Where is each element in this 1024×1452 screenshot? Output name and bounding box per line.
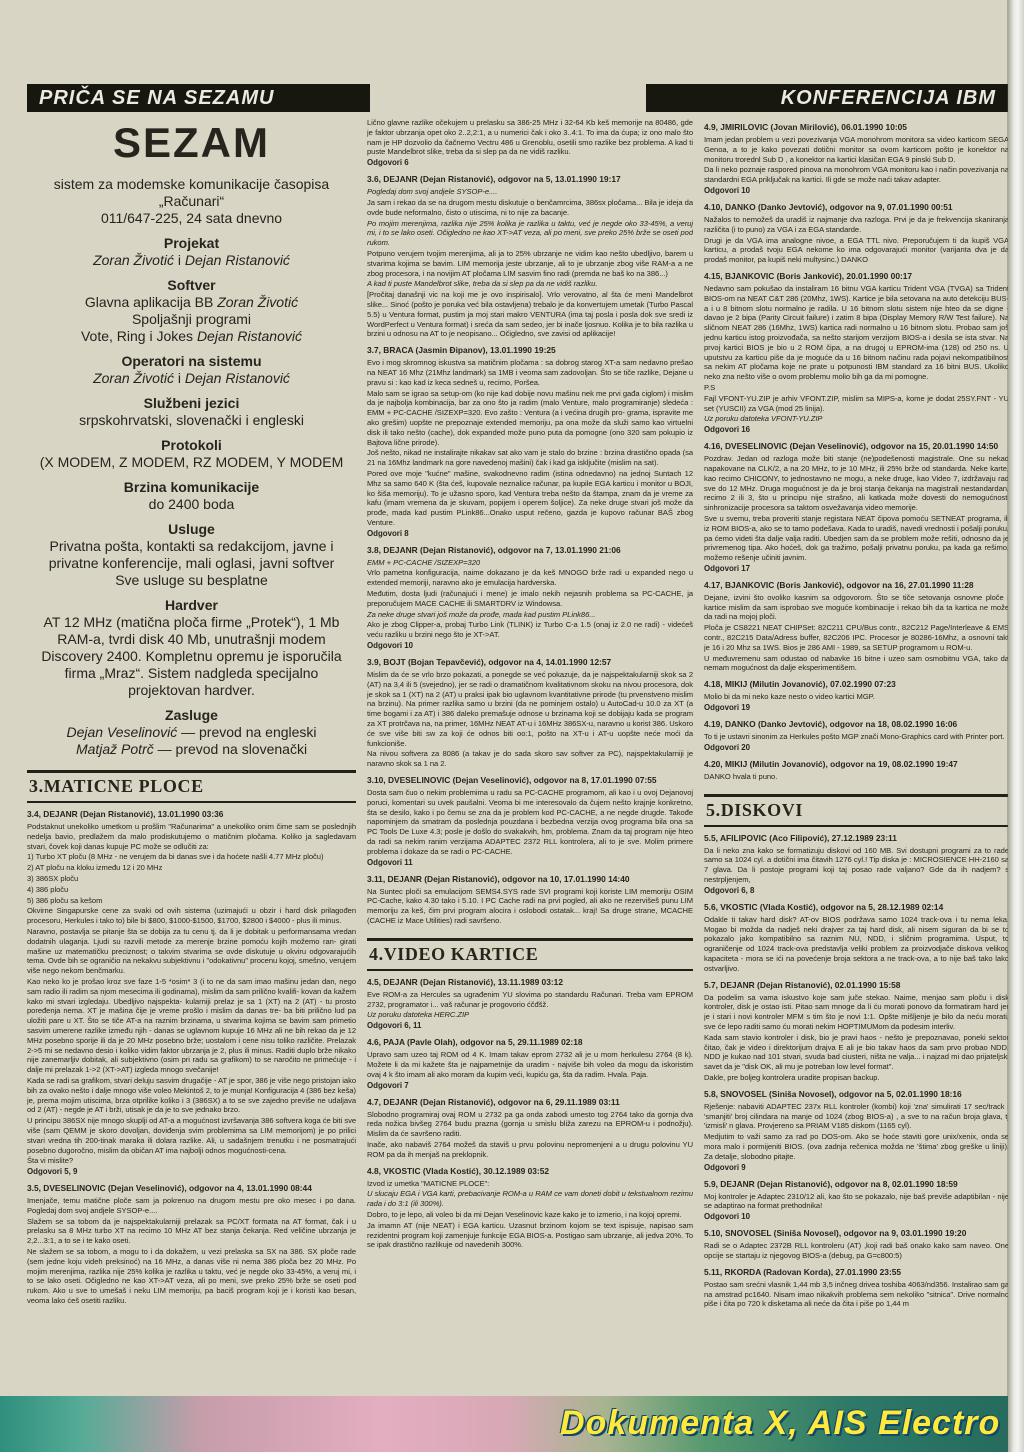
post-paragraph: Ploča je CS8221 NEAT CHIPSet: 82C211 CPU… [704, 623, 1009, 652]
post-paragraph: Nažalos to nemožeš da uradiš iz najmanje… [704, 215, 1009, 235]
post-paragraph: Molio bi da mi neko kaze nesto o video k… [704, 692, 1009, 702]
post-paragraph: Dobro, to je lepo, ali voleo bi da mi De… [367, 1210, 693, 1220]
post-header: 3.4, DEJANR (Dejan Ristanović), 13.01.19… [27, 809, 356, 820]
post-paragraph: Mislim da će se vrlo brzo pokazati, a po… [367, 670, 693, 748]
post-header: 4.6, PAJA (Pavle Olah), odgovor na 5, 29… [367, 1037, 693, 1048]
post-paragraph: [Pročitaj današnji vic na koji me je ovo… [367, 290, 693, 339]
post-paragraph: Eve ROM-a za Hercules sa ugrađenim YU sl… [367, 990, 693, 1010]
post: Lično glavne razlike očekujem u prelasku… [367, 118, 693, 168]
sezam-text-segment: — prevod na slovenački [154, 741, 307, 757]
post-header: 5.11, RKORDA (Radovan Korda), 27.01.1990… [704, 1267, 1009, 1278]
post-header: 4.9, JMIRILOVIC (Jovan Mirilović), 06.01… [704, 122, 1009, 133]
sezam-text-segment: srpskohrvatski, slovenački i engleski [79, 412, 304, 428]
sezam-masthead: SEZAM sistem za modemske komunikacije ča… [27, 118, 356, 758]
post-paragraph: Pogledaj dom svoj andjele SYSOP-e.... [367, 187, 693, 197]
sezam-text-segment: Usluge [168, 521, 215, 537]
post: 4.16, DVESELINOVIC (Dejan Veselinović), … [704, 441, 1009, 574]
post: 3.8, DEJANR (Dejan Ristanović), odgovor … [367, 545, 693, 651]
sezam-text-segment: Zoran Životić [93, 252, 174, 268]
sezam-text-segment: Glavna aplikacija BB [85, 294, 217, 310]
sezam-info-line: Dejan Veselinović — prevod na engleski [27, 724, 356, 741]
post-header: 4.20, MIKIJ (Milutin Jovanović), odgovor… [704, 759, 1009, 770]
post: 3.4, DEJANR (Dejan Ristanović), 13.01.19… [27, 809, 356, 1177]
post-paragraph: 1) Turbo XT ploču (8 MHz - ne verujem da… [27, 852, 356, 862]
post-paragraph: Na nivou softvera za 8086 (a takav je do… [367, 749, 693, 769]
sezam-text-segment: Matjaž Potrč [76, 741, 154, 757]
sezam-text-segment: sistem za modemske komunikacije časopisa [54, 176, 329, 192]
post: 4.9, JMIRILOVIC (Jovan Mirilović), 06.01… [704, 122, 1009, 196]
sezam-info-line: Glavna aplikacija BB Zoran Životić [27, 294, 356, 311]
post-header: 5.9, DEJANR (Dejan Ristanović), odgovor … [704, 1179, 1009, 1190]
post-replies-count: Odgovori 11 [367, 858, 693, 868]
post-header: 3.9, BOJT (Bojan Tepavčević), odgovor na… [367, 657, 693, 668]
sezam-heading: Zasluge [27, 707, 356, 724]
sezam-text-segment: Spoljašnji programi [132, 311, 251, 327]
post-paragraph: Upravo sam uzeo taj ROM od 4 K. Imam tak… [367, 1050, 693, 1079]
sezam-text-segment: Protokoli [161, 437, 222, 453]
post-paragraph: Okvirne Singapurske cene za svaki od ovi… [27, 906, 356, 926]
post-paragraph: Sve u svemu, treba proveriti stanje regi… [704, 514, 1009, 563]
post-header: 4.16, DVESELINOVIC (Dejan Veselinović), … [704, 441, 1009, 452]
post: 4.10, DANKO (Danko Jevtović), odgovor na… [704, 202, 1009, 265]
post-paragraph: Moj kontroler je Adaptec 2310/12 ali, ka… [704, 1192, 1009, 1212]
post-paragraph: Kao neko ko je prošao kroz sve faze 1-5 … [27, 977, 356, 1075]
post-paragraph: Rješenje: nabaviti ADAPTEC 237x RLL kont… [704, 1102, 1009, 1131]
post-paragraph: Inače, ako nabaviš 2764 možeš da staviš … [367, 1140, 693, 1160]
sezam-text-segment: 011/647-225, 24 sata dnevno [101, 210, 282, 226]
post-paragraph: Pored ove moje "kućne" mašine, svakodnev… [367, 469, 693, 528]
post-replies-count: Odgovori 17 [704, 564, 1009, 574]
sezam-info-line: sistem za modemske komunikacije časopisa [27, 176, 356, 193]
post-paragraph: Da li neko poznaje raspored pinova na mo… [704, 165, 1009, 185]
sezam-text-segment: „Računari“ [159, 193, 224, 209]
post: 5.5, AFILIPOVIC (Aco Filipović), 27.12.1… [704, 833, 1009, 896]
post-replies-count: Odgovori 10 [367, 641, 693, 651]
sezam-text-segment: Dejan Veselinović [66, 724, 177, 740]
post-paragraph: Nedavno sam pokušao da instaliram 16 bit… [704, 284, 1009, 382]
post-paragraph: Međutim, dosta ljudi (računajući i mene)… [367, 589, 693, 609]
sezam-heading: Brzina komunikacije [27, 479, 356, 496]
post-paragraph: Malo sam se igrao sa setup-om (ko nije k… [367, 389, 693, 448]
sezam-text-segment: Vote, Ring i Jokes [81, 328, 197, 344]
post: 4.17, BJANKOVIC (Boris Janković), odgovo… [704, 580, 1009, 673]
column-2: Lično glavne razlike očekujem u prelasku… [367, 118, 693, 1394]
sezam-text-segment: Brzina komunikacije [124, 479, 259, 495]
post: 3.5, DVESELINOVIC (Dejan Veselinović), o… [27, 1183, 356, 1306]
post: 4.6, PAJA (Pavle Olah), odgovor na 5, 29… [367, 1037, 693, 1090]
sezam-title: SEZAM [27, 120, 356, 166]
post-replies-count: Odgovori 10 [704, 1212, 1009, 1222]
page-columns: SEZAM sistem za modemske komunikacije ča… [27, 118, 1009, 1394]
post-header: 3.11, DEJANR (Dejan Ristanović), odgovor… [367, 874, 693, 885]
post-header: 4.8, VKOSTIC (Vlada Kostić), 30.12.1989 … [367, 1166, 693, 1177]
post-header: 4.5, DEJANR (Dejan Ristanović), 13.11.19… [367, 977, 693, 988]
post: 3.9, BOJT (Bojan Tepavčević), odgovor na… [367, 657, 693, 769]
bottom-photo-strip: Dokumenta X, AIS Electro [0, 1396, 1008, 1452]
post-header: 3.6, DEJANR (Dejan Ristanović), odgovor … [367, 174, 693, 185]
section-header: 3.MATICNE PLOCE [27, 770, 356, 803]
post-paragraph: Lično glavne razlike očekujem u prelasku… [367, 118, 693, 157]
post-header: 5.7, DEJANR (Dejan Ristanović), 02.01.19… [704, 980, 1009, 991]
post-paragraph: U međuvremenu sam odustao od nabavke 16 … [704, 654, 1009, 674]
post-header: 5.6, VKOSTIC (Vlada Kostić), odgovor na … [704, 902, 1009, 913]
sezam-text-segment: do 2400 boda [149, 496, 235, 512]
post-header: 3.8, DEJANR (Dejan Ristanović), odgovor … [367, 545, 693, 556]
post-paragraph: 4) 386 ploču [27, 885, 356, 895]
post-paragraph: Dakle, pre boljeg kontrolera uradite pro… [704, 1073, 1009, 1083]
post: 4.7, DEJANR (Dejan Ristanović), odgovor … [367, 1097, 693, 1160]
photo-caption-fragment: Dokumenta X, AIS Electro [560, 1404, 1000, 1443]
post-paragraph: Slažem se sa tobom da je najspektakularn… [27, 1217, 356, 1246]
post-replies-count: Odgovori 16 [704, 425, 1009, 435]
sezam-text-segment: (X MODEM, Z MODEM, RZ MODEM, Y MODEM [40, 454, 344, 470]
post-paragraph: Ja sam i rekao da se na drugom mestu dis… [367, 198, 693, 218]
post-paragraph: 3) 386SX ploču [27, 874, 356, 884]
post-replies-count: Odgovori 7 [367, 1081, 693, 1091]
sezam-text-segment: Službeni jezici [144, 395, 240, 411]
section-header: 5.DISKOVI [704, 794, 1009, 827]
sezam-heading: Službeni jezici [27, 395, 356, 412]
post: 4.18, MIKIJ (Milutin Jovanović), 07.02.1… [704, 679, 1009, 713]
sezam-info-line: Zoran Životić i Dejan Ristanović [27, 370, 356, 387]
sezam-text-segment: AT 12 MHz (matična ploča firme „Protek“)… [41, 614, 341, 698]
sezam-info-line: srpskohrvatski, slovenački i engleski [27, 412, 356, 429]
sezam-text-segment: Zoran Životić [217, 294, 298, 310]
post-paragraph: Imenjače, temu matične ploče sam ja pokr… [27, 1196, 356, 1216]
post-replies-count: Odgovori 10 [704, 186, 1009, 196]
post-paragraph: U slucaju EGA i VGA karti, prebacivanje … [367, 1189, 693, 1209]
sezam-info-line: Spoljašnji programi [27, 311, 356, 328]
sezam-text-segment: i [174, 370, 185, 386]
post-paragraph: Fajl VFONT-YU.ZIP je arhiv VFONT.ZIP, mi… [704, 394, 1009, 414]
post-paragraph: Pozdrav. Jedan od razloga može biti stan… [704, 454, 1009, 513]
post-paragraph: Potpuno verujem tvojim merenjima, ali ja… [367, 249, 693, 278]
post-header: 5.5, AFILIPOVIC (Aco Filipović), 27.12.1… [704, 833, 1009, 844]
post-header: 4.19, DANKO (Danko Jevtović), odgovor na… [704, 719, 1009, 730]
post-header: 5.8, SNOVOSEL (Siniša Novosel), odgovor … [704, 1089, 1009, 1100]
post-header: 4.17, BJANKOVIC (Boris Janković), odgovo… [704, 580, 1009, 591]
post-paragraph: 5) 386 ploču sa kešom [27, 896, 356, 906]
post-header: 4.18, MIKIJ (Milutin Jovanović), 07.02.1… [704, 679, 1009, 690]
sezam-text-segment: i [174, 252, 185, 268]
post-paragraph: Uz poruku datoteka VFONT-YU.ZIP [704, 414, 1009, 424]
post: 4.20, MIKIJ (Milutin Jovanović), odgovor… [704, 759, 1009, 782]
sezam-heading: Hardver [27, 597, 356, 614]
post-paragraph: Slobodno programiraj ovaj ROM u 2732 pa … [367, 1110, 693, 1139]
post-paragraph: A kad ti puste Mandelbrot slike, treba d… [367, 279, 693, 289]
post-paragraph: To ti je ustavri sinonim za Herkules poš… [704, 732, 1009, 742]
post-paragraph: Postao sam srećni vlasnik 1,44 mb 3,5 in… [704, 1280, 1009, 1309]
sezam-text-segment: Dejan Ristanović [185, 252, 290, 268]
post-paragraph: Da li neko zna kako se formatizuju disko… [704, 846, 1009, 885]
sezam-text-segment: Dejan Ristanović [185, 370, 290, 386]
post-paragraph: Šta vi mislite? [27, 1156, 356, 1166]
post-replies-count: Odgovori 6, 8 [704, 886, 1009, 896]
left-section-banner: PRIČA SE NA SEZAMU [27, 84, 370, 112]
post-paragraph: Izvod iz umetka "MATICNE PLOCE": [367, 1179, 693, 1189]
sezam-info-line: do 2400 boda [27, 496, 356, 513]
sezam-info-line: Vote, Ring i Jokes Dejan Ristanović [27, 328, 356, 345]
post: 4.19, DANKO (Danko Jevtović), odgovor na… [704, 719, 1009, 753]
post-paragraph: Po mojim merenjima, razlika nije 25% kol… [367, 219, 693, 248]
scanner-margin [1008, 0, 1024, 1452]
sezam-info-line: Zoran Životić i Dejan Ristanović [27, 252, 356, 269]
sezam-info-line: 011/647-225, 24 sata dnevno [27, 210, 356, 227]
post-paragraph: EMM + PC-CACHE /SIZEXP=320 [367, 558, 693, 568]
post-paragraph: Podstaknut unekoliko umetkom u prošlim "… [27, 822, 356, 851]
post-replies-count: Odgovori 6 [367, 158, 693, 168]
sezam-text-segment: Sve usluge su besplatne [115, 572, 268, 588]
post: 5.11, RKORDA (Radovan Korda), 27.01.1990… [704, 1267, 1009, 1309]
sezam-text-segment: — prevod na engleski [177, 724, 316, 740]
sezam-text-segment: Softver [167, 277, 215, 293]
post: 4.5, DEJANR (Dejan Ristanović), 13.11.19… [367, 977, 693, 1031]
post-paragraph: U principu 386SX nije mnogo skuplji od A… [27, 1116, 356, 1155]
post: 3.10, DVESELINOVIC (Dejan Veselinović), … [367, 775, 693, 868]
post-header: 3.5, DVESELINOVIC (Dejan Veselinović), o… [27, 1183, 356, 1194]
post-paragraph: Dejane, izvini što ovoliko kasnim sa odg… [704, 593, 1009, 622]
post: 4.15, BJANKOVIC (Boris Janković), 20.01.… [704, 271, 1009, 435]
column-3: 4.9, JMIRILOVIC (Jovan Mirilović), 06.01… [704, 118, 1009, 1394]
sezam-text-segment: Projekat [164, 235, 219, 251]
post-paragraph: Vrlo pametna konfiguracija, naime dokaza… [367, 568, 693, 588]
post: 4.8, VKOSTIC (Vlada Kostić), 30.12.1989 … [367, 1166, 693, 1251]
post-paragraph: Kada se radi sa grafikom, stvari deluju … [27, 1076, 356, 1115]
post-replies-count: Odgovori 6, 11 [367, 1021, 693, 1031]
post-paragraph: Odakle ti takav hard disk? AT-ov BIOS po… [704, 915, 1009, 974]
post-header: 5.10, SNOVOSEL (Siniša Novosel), odgovor… [704, 1228, 1009, 1239]
post-paragraph: Naravno, postavlja se pitanje šta se dob… [27, 927, 356, 976]
post-paragraph: 2) AT ploču na kloku između 12 i 20 MHz [27, 863, 356, 873]
sezam-heading: Projekat [27, 235, 356, 252]
post-paragraph: Uz poruku datoteka HERC.ZIP [367, 1010, 693, 1020]
post-header: 4.7, DEJANR (Dejan Ristanović), odgovor … [367, 1097, 693, 1108]
right-section-banner: KONFERENCIJA IBM [646, 84, 1008, 112]
post: 3.11, DEJANR (Dejan Ristanović), odgovor… [367, 874, 693, 926]
post-paragraph: Radi se o Adaptec 2372B RLL kontroleru (… [704, 1241, 1009, 1261]
post-paragraph: Kada sam stavio kontroler i disk, bio je… [704, 1033, 1009, 1072]
post-replies-count: Odgovori 19 [704, 703, 1009, 713]
sezam-heading: Softver [27, 277, 356, 294]
sezam-info-line: (X MODEM, Z MODEM, RZ MODEM, Y MODEM [27, 454, 356, 471]
post: 3.6, DEJANR (Dejan Ristanović), odgovor … [367, 174, 693, 339]
post-replies-count: Odgovori 9 [704, 1163, 1009, 1173]
post-replies-count: Odgovori 5, 9 [27, 1167, 356, 1177]
left-section-banner-label: PRIČA SE NA SEZAMU [39, 87, 274, 110]
sezam-text-segment: Operatori na sistemu [121, 353, 261, 369]
post-paragraph: Drugi je da VGA ima analogne nivoe, a EG… [704, 236, 1009, 265]
post-paragraph: P.S [704, 383, 1009, 393]
post-header: 4.15, BJANKOVIC (Boris Janković), 20.01.… [704, 271, 1009, 282]
sezam-text-segment: Zasluge [165, 707, 218, 723]
sezam-info-rows: sistem za modemske komunikacije časopisa… [27, 176, 356, 758]
sezam-info-line: „Računari“ [27, 193, 356, 210]
sezam-text-segment: Privatna pošta, kontakti sa redakcijom, … [49, 538, 335, 571]
sezam-text-segment: Dejan Ristanović [197, 328, 302, 344]
sezam-heading: Protokoli [27, 437, 356, 454]
post: 5.7, DEJANR (Dejan Ristanović), 02.01.19… [704, 980, 1009, 1083]
post: 3.7, BRACA (Jasmin Đipanov), 13.01.1990 … [367, 345, 693, 539]
post-replies-count: Odgovori 8 [367, 529, 693, 539]
post-header: 3.10, DVESELINOVIC (Dejan Veselinović), … [367, 775, 693, 786]
post-paragraph: Dosta sam čuo o nekim problemima u radu … [367, 788, 693, 857]
sezam-heading: Operatori na sistemu [27, 353, 356, 370]
post-header: 4.10, DANKO (Danko Jevtović), odgovor na… [704, 202, 1009, 213]
post-paragraph: DANKO hvala ti puno. [704, 772, 1009, 782]
sezam-info-line: Matjaž Potrč — prevod na slovenački [27, 741, 356, 758]
post-paragraph: Ako je zbog Clipper-a, probaj Turbo Link… [367, 620, 693, 640]
post: 5.6, VKOSTIC (Vlada Kostić), odgovor na … [704, 902, 1009, 974]
sezam-text-segment: Zoran Životić [93, 370, 174, 386]
post: 5.8, SNOVOSEL (Siniša Novosel), odgovor … [704, 1089, 1009, 1173]
sezam-heading: Usluge [27, 521, 356, 538]
post-paragraph: Medjutim to važi samo za rad po DOS-om. … [704, 1132, 1009, 1161]
right-section-banner-label: KONFERENCIJA IBM [781, 87, 996, 110]
post-paragraph: Evo i mog skromnog iskustva sa matičnim … [367, 358, 693, 387]
post-paragraph: Da podelim sa vama iskustvo koje sam juč… [704, 993, 1009, 1032]
post-paragraph: Za neke druge stvari još može da prođe, … [367, 610, 693, 620]
post-paragraph: Na Suntec ploči sa emulacijom SEMS4.SYS … [367, 887, 693, 926]
post-paragraph: Još nešto, nikad ne instalirajte nikakav… [367, 448, 693, 468]
post: 5.9, DEJANR (Dejan Ristanović), odgovor … [704, 1179, 1009, 1223]
section-header: 4.VIDEO KARTICE [367, 938, 693, 971]
post-header: 3.7, BRACA (Jasmin Đipanov), 13.01.1990 … [367, 345, 693, 356]
post: 5.10, SNOVOSEL (Siniša Novosel), odgovor… [704, 1228, 1009, 1261]
column-1: SEZAM sistem za modemske komunikacije ča… [27, 118, 356, 1394]
sezam-text-segment: Hardver [165, 597, 218, 613]
sezam-info-line: Sve usluge su besplatne [27, 572, 356, 589]
sezam-info-line: Privatna pošta, kontakti sa redakcijom, … [27, 538, 356, 572]
post-paragraph: Ja imamn AT (nije NEAT) i EGA karticu. U… [367, 1221, 693, 1250]
sezam-info-line: AT 12 MHz (matična ploča firme „Protek“)… [27, 614, 356, 699]
post-replies-count: Odgovori 20 [704, 743, 1009, 753]
post-paragraph: Imam jedan problem u vezi povezivanja VG… [704, 135, 1009, 164]
post-paragraph: Ne slažem se sa tobom, a mogu to i da do… [27, 1247, 356, 1306]
